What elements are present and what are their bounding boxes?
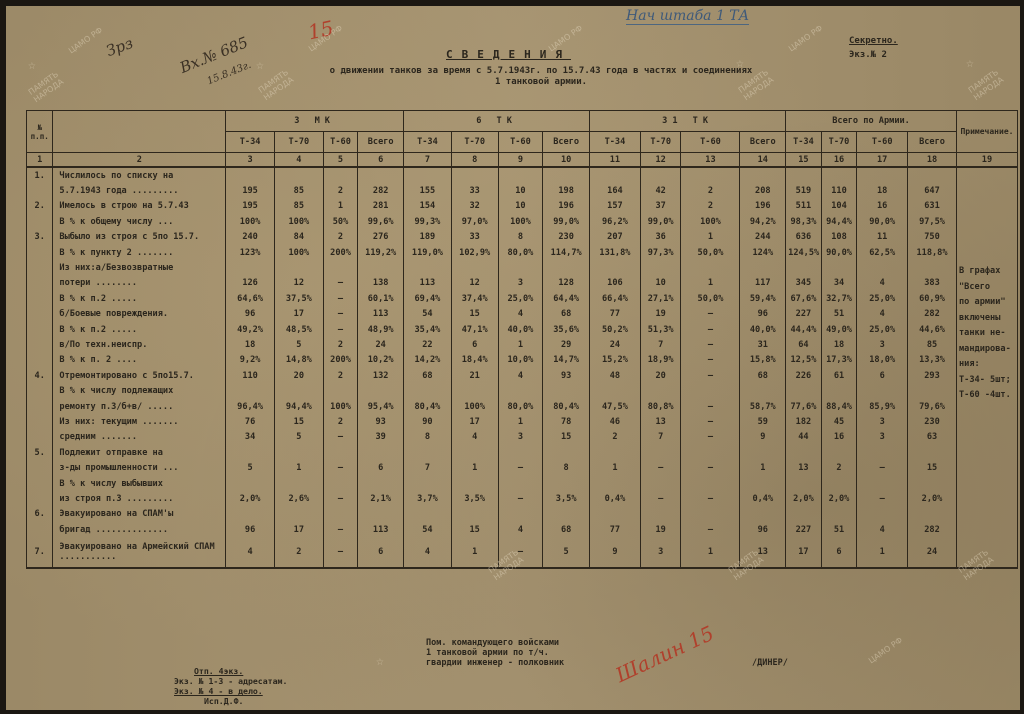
subtitle-line-2: 1 танковой армии. bbox=[281, 77, 801, 88]
cell-value: 132 bbox=[358, 368, 404, 383]
cell-value bbox=[740, 507, 786, 522]
cell-value: 154 bbox=[404, 199, 452, 214]
cell-value: 85 bbox=[908, 337, 957, 352]
cell-value: 13 bbox=[786, 460, 822, 475]
table-row: 3.Выбыло из строя с 5по 15.7.24084227618… bbox=[27, 230, 1018, 245]
cell-value bbox=[640, 445, 681, 460]
cell-value: 2 bbox=[323, 337, 358, 352]
cell-value: – bbox=[681, 307, 740, 322]
cell-value bbox=[226, 476, 275, 491]
note-cell bbox=[956, 491, 1017, 506]
cell-value: 58,7% bbox=[740, 399, 786, 414]
table-row: В % к числу выбывших bbox=[27, 476, 1018, 491]
cell-value bbox=[821, 383, 857, 398]
cell-value: 100% bbox=[323, 399, 358, 414]
cell-value: 40,0% bbox=[498, 322, 543, 337]
cell-value: 80,0% bbox=[498, 245, 543, 260]
table-row: 5.7.1943 года .........19585228215533101… bbox=[27, 183, 1018, 198]
cell-value bbox=[857, 383, 908, 398]
cell-value: 51,3% bbox=[640, 322, 681, 337]
cell-value: 18,4% bbox=[451, 353, 498, 368]
table-row: В % к числу подлежащих bbox=[27, 383, 1018, 398]
row-index bbox=[27, 183, 53, 198]
sub-header: Т-60 bbox=[323, 132, 358, 153]
cell-value: — bbox=[681, 430, 740, 445]
cell-value: – bbox=[498, 460, 543, 475]
cell-value: 44,4% bbox=[786, 322, 822, 337]
cell-value: 3 bbox=[857, 414, 908, 429]
cell-value: 10 bbox=[498, 199, 543, 214]
cell-value: 126 bbox=[226, 276, 275, 291]
cell-value: 96 bbox=[740, 522, 786, 537]
cell-value bbox=[451, 383, 498, 398]
cell-value: 35,4% bbox=[404, 322, 452, 337]
cell-value bbox=[640, 167, 681, 183]
column-number: 6 bbox=[358, 153, 404, 168]
watermark: ПАМЯТЬ НАРОДА bbox=[964, 66, 1007, 104]
cell-value: 10,0% bbox=[498, 353, 543, 368]
sub-header: Т-34 bbox=[226, 132, 275, 153]
sub-header: Всего bbox=[740, 132, 786, 153]
note-cell bbox=[956, 460, 1017, 475]
cell-value: 124% bbox=[740, 245, 786, 260]
cell-value: 15,2% bbox=[590, 353, 641, 368]
row-label: Из них:а/Безвозвратные bbox=[53, 260, 226, 275]
cell-value: 5 bbox=[274, 337, 323, 352]
cell-value: 123% bbox=[226, 245, 275, 260]
cell-value bbox=[226, 260, 275, 275]
signature-line-2: 1 танковой армии по т/ч. bbox=[426, 648, 564, 658]
cell-value: 4 bbox=[226, 537, 275, 568]
cell-value: 15 bbox=[908, 460, 957, 475]
cell-value: – bbox=[681, 460, 740, 475]
cell-value: 155 bbox=[404, 183, 452, 198]
cell-value: 50,0% bbox=[681, 291, 740, 306]
cell-value bbox=[908, 476, 957, 491]
table-row: потери ........12612–1381131231281061011… bbox=[27, 276, 1018, 291]
cell-value: 0,4% bbox=[590, 491, 641, 506]
cell-value: 18 bbox=[857, 183, 908, 198]
signature-line-3: гвардии инженер - полковник bbox=[426, 658, 564, 668]
cell-value: – bbox=[323, 291, 358, 306]
cell-value: 281 bbox=[358, 199, 404, 214]
cell-value: 100% bbox=[226, 214, 275, 229]
sub-header: Всего bbox=[543, 132, 590, 153]
cell-value: 54 bbox=[404, 522, 452, 537]
cell-value: 96,2% bbox=[590, 214, 641, 229]
cell-value: 12,5% bbox=[786, 353, 822, 368]
cell-value: 88,4% bbox=[821, 399, 857, 414]
cell-value: 33 bbox=[451, 183, 498, 198]
cell-value bbox=[908, 260, 957, 275]
cell-value: 240 bbox=[226, 230, 275, 245]
cell-value: 100% bbox=[681, 214, 740, 229]
cell-value bbox=[274, 476, 323, 491]
cell-value: – bbox=[681, 491, 740, 506]
cell-value: 15 bbox=[274, 414, 323, 429]
cell-value bbox=[908, 507, 957, 522]
cell-value: 519 bbox=[786, 183, 822, 198]
note-line: Т-60 -4шт. bbox=[959, 388, 1019, 404]
cell-value bbox=[358, 167, 404, 183]
cell-value: 90,0% bbox=[821, 245, 857, 260]
row-label: б/Боевые повреждения. bbox=[53, 307, 226, 322]
cell-value: 119,2% bbox=[358, 245, 404, 260]
note-cell bbox=[956, 476, 1017, 491]
cell-value: 195 bbox=[226, 183, 275, 198]
cell-value: 14,7% bbox=[543, 353, 590, 368]
cell-value: 14,2% bbox=[404, 353, 452, 368]
table-note: В графах"Всегопо армии"включенытанки не-… bbox=[959, 264, 1019, 404]
column-number: 7 bbox=[404, 153, 452, 168]
cell-value: 244 bbox=[740, 230, 786, 245]
cell-value: 104 bbox=[821, 199, 857, 214]
cell-value: – bbox=[681, 399, 740, 414]
cell-value: 24 bbox=[358, 337, 404, 352]
note-cell bbox=[956, 183, 1017, 198]
row-label: Из них: текущим ....... bbox=[53, 414, 226, 429]
handwritten-top-left: Зрз bbox=[104, 34, 136, 60]
cell-value: 37 bbox=[640, 199, 681, 214]
column-number: 15 bbox=[786, 153, 822, 168]
cell-value: 15,8% bbox=[740, 353, 786, 368]
row-label: ремонту п.3/б+в/ ..... bbox=[53, 399, 226, 414]
cell-value: 64 bbox=[786, 337, 822, 352]
cell-value: 1 bbox=[274, 460, 323, 475]
typist-initials: Исп.Д.Ф. bbox=[174, 696, 287, 706]
sub-header: Всего bbox=[358, 132, 404, 153]
cell-value bbox=[590, 383, 641, 398]
cell-value bbox=[681, 507, 740, 522]
cell-value: 94,4% bbox=[821, 214, 857, 229]
cell-value: 2 bbox=[821, 460, 857, 475]
cell-value: 5 bbox=[274, 430, 323, 445]
cell-value: 50,0% bbox=[681, 245, 740, 260]
cell-value: 1 bbox=[451, 460, 498, 475]
cell-value: 18 bbox=[821, 337, 857, 352]
cell-value: 85,9% bbox=[857, 399, 908, 414]
cell-value: 13,3% bbox=[908, 353, 957, 368]
cell-value bbox=[543, 476, 590, 491]
copy-number: Экз.№ 2 bbox=[849, 48, 898, 62]
cell-value: 10 bbox=[498, 183, 543, 198]
cell-value: 1 bbox=[681, 276, 740, 291]
cell-value: 113 bbox=[358, 307, 404, 322]
cell-value: 15 bbox=[451, 522, 498, 537]
cell-value bbox=[323, 445, 358, 460]
row-index bbox=[27, 322, 53, 337]
cell-value: – bbox=[681, 337, 740, 352]
cell-value bbox=[498, 476, 543, 491]
column-number: 3 bbox=[226, 153, 275, 168]
row-label: з-ды промышленности ... bbox=[53, 460, 226, 475]
cell-value: 48,5% bbox=[274, 322, 323, 337]
cell-value: 195 bbox=[226, 199, 275, 214]
cell-value: – bbox=[498, 491, 543, 506]
cell-value: 15 bbox=[451, 307, 498, 322]
cell-value: – bbox=[640, 460, 681, 475]
table-row: бригад ..............9617–11354154687719… bbox=[27, 522, 1018, 537]
cell-value bbox=[498, 383, 543, 398]
cell-value: 113 bbox=[404, 276, 452, 291]
cell-value: – bbox=[857, 491, 908, 506]
cell-value: 20 bbox=[274, 368, 323, 383]
cell-value: 226 bbox=[786, 368, 822, 383]
row-index bbox=[27, 491, 53, 506]
column-number: 16 bbox=[821, 153, 857, 168]
watermark: ЦАМО РФ bbox=[67, 26, 104, 56]
cell-value: 1 bbox=[681, 537, 740, 568]
cell-value: 198 bbox=[543, 183, 590, 198]
cell-value: 51 bbox=[821, 522, 857, 537]
cell-value: 19 bbox=[640, 307, 681, 322]
cell-value: 208 bbox=[740, 183, 786, 198]
cell-value bbox=[640, 260, 681, 275]
table-row: 5.Подлежит отправке на bbox=[27, 445, 1018, 460]
cell-value bbox=[358, 383, 404, 398]
cell-value: 59 bbox=[740, 414, 786, 429]
document-title: СВЕДЕНИЯ bbox=[446, 48, 571, 61]
table-row: з-ды промышленности ...51–671–81––1132–1… bbox=[27, 460, 1018, 475]
column-number-row: 12345678910111213141516171819 bbox=[27, 153, 1018, 168]
column-number: 1 bbox=[27, 153, 53, 168]
cell-value bbox=[274, 167, 323, 183]
cell-value: 33 bbox=[451, 230, 498, 245]
row-index: 1. bbox=[27, 167, 53, 183]
column-number: 18 bbox=[908, 153, 957, 168]
cell-value: 47,5% bbox=[590, 399, 641, 414]
cell-value: 2,0% bbox=[786, 491, 822, 506]
secrecy-stamp: Секретно. Экз.№ 2 bbox=[849, 34, 898, 62]
cell-value: 97,5% bbox=[908, 214, 957, 229]
cell-value bbox=[681, 167, 740, 183]
sub-header: Т-34 bbox=[404, 132, 452, 153]
row-index bbox=[27, 276, 53, 291]
sub-header: Т-70 bbox=[640, 132, 681, 153]
row-index bbox=[27, 522, 53, 537]
cell-value: 131,8% bbox=[590, 245, 641, 260]
handwritten-blue-note: Нач штаба 1 ТА bbox=[626, 8, 749, 25]
cell-value: 9 bbox=[590, 537, 641, 568]
column-number: 19 bbox=[956, 153, 1017, 168]
cell-value: 2,0% bbox=[226, 491, 275, 506]
cell-value: 35,6% bbox=[543, 322, 590, 337]
subtitle-line-1: о движении танков за время с 5.7.1943г. … bbox=[281, 66, 801, 77]
cell-value bbox=[404, 260, 452, 275]
row-index bbox=[27, 337, 53, 352]
cell-value bbox=[681, 383, 740, 398]
cell-value bbox=[590, 507, 641, 522]
row-label: Эвакуировано на СПАМ'ы bbox=[53, 507, 226, 522]
cell-value: 61 bbox=[821, 368, 857, 383]
cell-value bbox=[323, 476, 358, 491]
cell-value: 16 bbox=[857, 199, 908, 214]
cell-value: 8 bbox=[543, 460, 590, 475]
cell-value: 98,3% bbox=[786, 214, 822, 229]
cell-value bbox=[681, 445, 740, 460]
signer-name: /ДИНЕР/ bbox=[752, 658, 788, 668]
cell-value: 64,6% bbox=[226, 291, 275, 306]
table-row: 2.Имелось в строю на 5.7.431958512811543… bbox=[27, 199, 1018, 214]
cell-value: 2 bbox=[681, 199, 740, 214]
cell-value: 24 bbox=[590, 337, 641, 352]
cell-value: 636 bbox=[786, 230, 822, 245]
table-row: ремонту п.3/б+в/ .....96,4%94,4%100%95,4… bbox=[27, 399, 1018, 414]
sub-header: Всего bbox=[908, 132, 957, 153]
cell-value: 1 bbox=[498, 337, 543, 352]
table-row: Из них: текущим .......76152939017178461… bbox=[27, 414, 1018, 429]
cell-value: 4 bbox=[857, 307, 908, 322]
column-number: 14 bbox=[740, 153, 786, 168]
cell-value: 9 bbox=[740, 430, 786, 445]
column-number: 5 bbox=[323, 153, 358, 168]
cell-value: 78 bbox=[543, 414, 590, 429]
cell-value: 90,0% bbox=[857, 214, 908, 229]
cell-value bbox=[740, 445, 786, 460]
star-watermark-icon: ☆ bbox=[376, 654, 384, 669]
cell-value: 94,4% bbox=[274, 399, 323, 414]
header-31tk: 31 ТК bbox=[590, 111, 786, 132]
note-cell bbox=[956, 245, 1017, 260]
cell-value: 77 bbox=[590, 307, 641, 322]
cell-value: 4 bbox=[857, 522, 908, 537]
cell-value: 102,9% bbox=[451, 245, 498, 260]
table-row: 1.Числилось по списку на bbox=[27, 167, 1018, 183]
row-label: В % к числу подлежащих bbox=[53, 383, 226, 398]
row-label: В % к п. 2 .... bbox=[53, 353, 226, 368]
row-label: В % к общему числу ... bbox=[53, 214, 226, 229]
row-label: Подлежит отправке на bbox=[53, 445, 226, 460]
row-index bbox=[27, 430, 53, 445]
row-label: бригад .............. bbox=[53, 522, 226, 537]
cell-value: 24 bbox=[908, 537, 957, 568]
header-description bbox=[53, 111, 226, 153]
document-page: Зрз Вх.№ 685 15.8.43г. 15 Нач штаба 1 ТА… bbox=[6, 6, 1020, 710]
cell-value: 7 bbox=[404, 460, 452, 475]
star-watermark-icon: ☆ bbox=[256, 58, 264, 73]
cell-value bbox=[543, 383, 590, 398]
cell-value: 7 bbox=[640, 430, 681, 445]
cell-value: 106 bbox=[590, 276, 641, 291]
row-label: Имелось в строю на 5.7.43 bbox=[53, 199, 226, 214]
cell-value bbox=[226, 445, 275, 460]
cell-value bbox=[274, 445, 323, 460]
cell-value bbox=[740, 476, 786, 491]
table-row: В % к общему числу ...100%100%50%99,6%99… bbox=[27, 214, 1018, 229]
cell-value: 8 bbox=[404, 430, 452, 445]
cell-value: 77 bbox=[590, 522, 641, 537]
note-cell bbox=[956, 522, 1017, 537]
cell-value: – bbox=[323, 307, 358, 322]
cell-value: 8 bbox=[498, 230, 543, 245]
note-cell bbox=[956, 537, 1017, 568]
cell-value: 97,0% bbox=[451, 214, 498, 229]
cell-value bbox=[857, 476, 908, 491]
cell-value: 1 bbox=[451, 537, 498, 568]
cell-value: 182 bbox=[786, 414, 822, 429]
table-row: средним .......345–398431527—94416363 bbox=[27, 430, 1018, 445]
cell-value: 750 bbox=[908, 230, 957, 245]
cell-value: 124,5% bbox=[786, 245, 822, 260]
cell-value bbox=[323, 507, 358, 522]
cell-value: 6 bbox=[358, 460, 404, 475]
cell-value bbox=[821, 260, 857, 275]
cell-value: – bbox=[681, 414, 740, 429]
cell-value bbox=[451, 507, 498, 522]
column-number: 9 bbox=[498, 153, 543, 168]
cell-value bbox=[590, 476, 641, 491]
cell-value: 3 bbox=[498, 276, 543, 291]
cell-value: 50,2% bbox=[590, 322, 641, 337]
cell-value: 95,4% bbox=[358, 399, 404, 414]
cell-value bbox=[451, 445, 498, 460]
column-number: 4 bbox=[274, 153, 323, 168]
cell-value bbox=[908, 445, 957, 460]
cell-value bbox=[857, 507, 908, 522]
cell-value bbox=[358, 445, 404, 460]
cell-value: 40,0% bbox=[740, 322, 786, 337]
cell-value bbox=[543, 507, 590, 522]
cell-value: 68 bbox=[543, 522, 590, 537]
cell-value: 2 bbox=[323, 183, 358, 198]
table-row: 7.Эвакуировано на Армейский СПАМ .......… bbox=[27, 537, 1018, 568]
row-label: Отремонтировано с 5по15.7. bbox=[53, 368, 226, 383]
column-number: 8 bbox=[451, 153, 498, 168]
cell-value: 110 bbox=[821, 183, 857, 198]
note-cell bbox=[956, 507, 1017, 522]
row-index bbox=[27, 399, 53, 414]
cell-value bbox=[498, 260, 543, 275]
cell-value bbox=[226, 507, 275, 522]
cell-value: 68 bbox=[404, 368, 452, 383]
cell-value: 46 bbox=[590, 414, 641, 429]
cell-value: – bbox=[323, 537, 358, 568]
cell-value bbox=[590, 260, 641, 275]
cell-value: 84 bbox=[274, 230, 323, 245]
star-watermark-icon: ☆ bbox=[28, 58, 36, 73]
distribution-line-3: Экз. № 4 - в дело. bbox=[174, 686, 287, 696]
cell-value: 157 bbox=[590, 199, 641, 214]
table-row: 6.Эвакуировано на СПАМ'ы bbox=[27, 507, 1018, 522]
cell-value: 108 bbox=[821, 230, 857, 245]
cell-value: 11 bbox=[857, 230, 908, 245]
note-line: мандирова- bbox=[959, 342, 1019, 358]
cell-value: 54 bbox=[404, 307, 452, 322]
cell-value: 3,7% bbox=[404, 491, 452, 506]
cell-value bbox=[451, 476, 498, 491]
cell-value: 9,2% bbox=[226, 353, 275, 368]
sub-header: Т-70 bbox=[274, 132, 323, 153]
cell-value: 230 bbox=[543, 230, 590, 245]
cell-value: – bbox=[323, 460, 358, 475]
handwritten-red-signature: Шалин 15 bbox=[612, 621, 718, 687]
cell-value: – bbox=[323, 522, 358, 537]
row-label: В % к п.2 ..... bbox=[53, 291, 226, 306]
cell-value bbox=[857, 167, 908, 183]
cell-value: 4 bbox=[498, 522, 543, 537]
cell-value: 79,6% bbox=[908, 399, 957, 414]
cell-value: 68 bbox=[740, 368, 786, 383]
note-cell bbox=[956, 230, 1017, 245]
cell-value: 100% bbox=[451, 399, 498, 414]
row-index bbox=[27, 383, 53, 398]
cell-value: 2 bbox=[681, 183, 740, 198]
cell-value: 99,3% bbox=[404, 214, 452, 229]
cell-value: 647 bbox=[908, 183, 957, 198]
cell-value: 196 bbox=[543, 199, 590, 214]
column-number: 12 bbox=[640, 153, 681, 168]
cell-value: 5 bbox=[543, 537, 590, 568]
